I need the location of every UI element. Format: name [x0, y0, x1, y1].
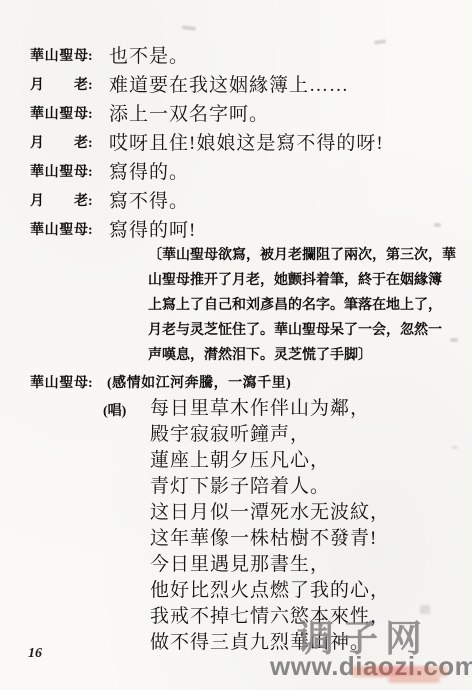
stage-direction: 〔華山聖母欲寫，被月老攔阻了兩次，第三次，華 山聖母推开了月老，她颤抖着筆，終于… [148, 243, 448, 368]
stage-direction-line: 声嘆息，潸然泪下。灵芝慌了手脚〕 [148, 343, 448, 368]
speaker-name: 華山聖母: [30, 161, 95, 181]
stage-direction-line: 山聖母推开了月老，她颤抖着筆，終于在姻緣簿 [148, 268, 448, 293]
dialogue-line: 華山聖母: 添上一双名字呵。 [30, 98, 444, 127]
scan-speck [452, 446, 458, 449]
verse-line: 这年華像一株枯樹不發青! [150, 526, 444, 552]
dialogue-line: 華山聖母: 寫得的。 [30, 156, 444, 185]
dialogue-text: 难道要在我这姻緣簿上…… [109, 70, 349, 97]
watermark-red-artifact-small [388, 677, 440, 683]
stage-direction-line: 〔華山聖母欲寫，被月老攔阻了兩次，第三次，華 [148, 243, 448, 268]
verse-line: 这日月似一潭死水无波紋， [150, 500, 444, 526]
scan-speck [420, 605, 430, 614]
scan-speck [182, 25, 196, 30]
speaker-name: 華山聖母: [30, 103, 95, 123]
speaker-name: 月老: [30, 74, 95, 94]
dialogue-text: 添上一双名字呵。 [109, 99, 269, 126]
dialogue-line: 華山聖母: 寫得的呵! [30, 214, 444, 243]
dialogue-text: 寫得的呵! [109, 215, 196, 242]
dialogue-line: 月老: 哎呀且住!娘娘这是寫不得的呀! [30, 127, 444, 156]
dialogue-text: 也不是。 [109, 41, 189, 68]
speaker-name: 華山聖母: [30, 45, 95, 65]
speaker-name: 華山聖母: [30, 219, 95, 239]
script-page-scan: 華山聖母: 也不是。 月老: 难道要在我这姻緣簿上…… 華山聖母: 添上一双名字… [0, 0, 472, 690]
verse-line: 蓮座上朝夕压凡心， [150, 448, 444, 474]
dialogue-line: 華山聖母: 也不是。 [30, 40, 444, 69]
verse-line: 他好比烈火点燃了我的心， [150, 578, 444, 604]
speaker-name: 月老: [30, 190, 95, 210]
mood-note: (感情如江河奔騰，一瀉千里) [107, 372, 291, 392]
aria-header: 華山聖母: (感情如江河奔騰，一瀉千里) [30, 370, 444, 394]
verse-line: 青灯下影子陪着人。 [150, 474, 444, 500]
scan-speck [450, 338, 458, 342]
verse-line: 每日里草木作伴山为鄰， [150, 396, 444, 422]
dialogue-text: 寫得的。 [109, 157, 189, 184]
dialogue-line: 月老: 难道要在我这姻緣簿上…… [30, 69, 444, 98]
speaker-name: 華山聖母: [30, 372, 95, 392]
dialogue-text: 寫不得。 [109, 186, 189, 213]
stage-direction-line: 月老与灵芝怔住了。華山聖母呆了一会，忽然一 [148, 318, 448, 343]
dialogue-line: 月老: 寫不得。 [30, 185, 444, 214]
page-number: 16 [28, 646, 42, 662]
speaker-name: 月老: [30, 132, 95, 152]
dialogue-section: 華山聖母: 也不是。 月老: 难道要在我这姻緣簿上…… 華山聖母: 添上一双名字… [30, 40, 444, 243]
verse-line: 殿宇寂寂听鐘声， [150, 422, 444, 448]
stage-direction-line: 上寫上了自己和刘彥昌的名字。筆落在地上了， [148, 293, 448, 318]
watermark-red-artifact [352, 666, 448, 677]
sing-marker: (唱) [103, 400, 126, 420]
verse-line: 今日里遇見那書生， [150, 552, 444, 578]
dialogue-text: 哎呀且住!娘娘这是寫不得的呀! [109, 128, 384, 155]
scan-speck [434, 223, 441, 227]
